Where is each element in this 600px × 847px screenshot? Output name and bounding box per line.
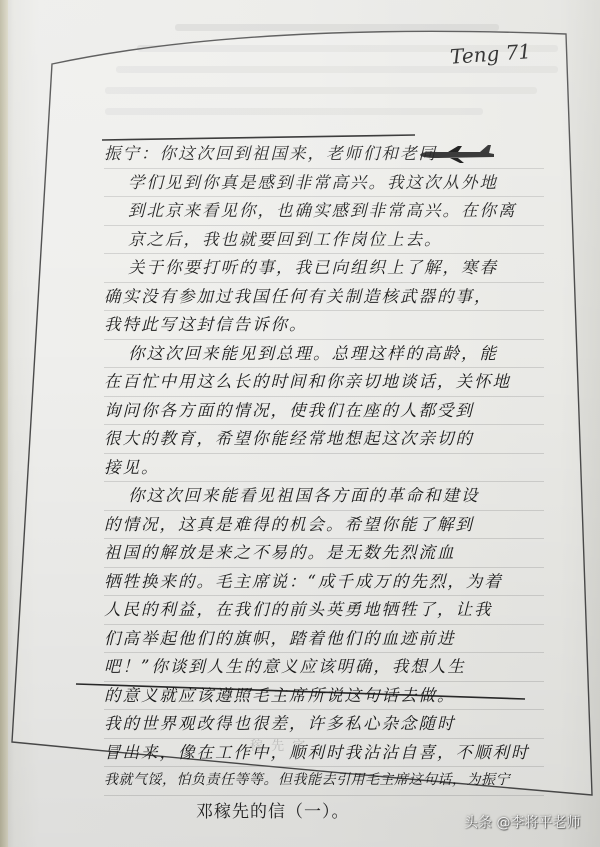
letter-line: 确实没有参加过我国任何有关制造核武器的事， (104, 283, 544, 312)
letter-line: 在百忙中用这么长的时间和你亲切地谈话，关怀地 (104, 368, 544, 397)
letter-line: 人民的利益，在我们的前头英勇地牺牲了，让我 (104, 596, 544, 625)
letter-line: 我的世界观改得也很差，许多私心杂念随时 (104, 710, 544, 739)
watermark: 头条 @李将平老师 (464, 812, 580, 832)
letter-line: 到北京来看见你，也确实感到非常高兴。在你离 (104, 197, 544, 226)
letter-line: 吧！”你谈到人生的意义应该明确，我想人生 (104, 653, 544, 682)
letter-line: 祖国的解放是来之不易的。是无数先烈流血 (104, 539, 544, 568)
letter-line: 的意义就应该遵照毛主席所说这句话去做。 (104, 682, 544, 711)
letter-line: 冒出来，像在工作中，顺利时我沾沾自喜，不顺利时 (104, 739, 544, 768)
letter-line: 们高举起他们的旗帜，踏着他们的血迹前进 (104, 625, 544, 654)
letter-line: 关于你要打听的事，我已向组织上了解，寒春 (104, 254, 544, 283)
letter-line: 京之后，我也就要回到工作岗位上去。 (104, 226, 544, 255)
handwritten-letter: 振宁：你这次回到祖国来，老师们和老同 学们见到你真是感到非常高兴。我这次从外地 … (104, 140, 544, 796)
letter-line: 振宁：你这次回到祖国来，老师们和老同 (104, 140, 544, 169)
letter-line: 的情况，这真是难得的机会。希望你能了解到 (104, 511, 544, 540)
letter-line: 询问你各方面的情况，使我们在座的人都受到 (104, 397, 544, 426)
letter-line: 你这次回来能看见祖国各方面的革命和建设 (104, 482, 544, 511)
letter-line: 接见。 (104, 454, 544, 483)
figure-caption: 邓稼先的信（一）。 (196, 797, 350, 822)
letter-line: 我特此写这封信告诉你。 (104, 311, 544, 340)
letter-line: 学们见到你真是感到非常高兴。我这次从外地 (104, 169, 544, 198)
letter-line: 我就气馁，怕负责任等等。但我能去引用毛主席这句话，为振宁 (104, 767, 544, 796)
letter-line: 你这次回来能见到总理。总理这样的高龄，能 (104, 340, 544, 369)
letter-line: 牺牲换来的。毛主席说：“成千成万的先烈，为着 (104, 568, 544, 597)
letter-line: 很大的教育，希望你能经常地想起这次亲切的 (104, 425, 544, 454)
faded-signature: 稼 先 字 (250, 735, 307, 754)
